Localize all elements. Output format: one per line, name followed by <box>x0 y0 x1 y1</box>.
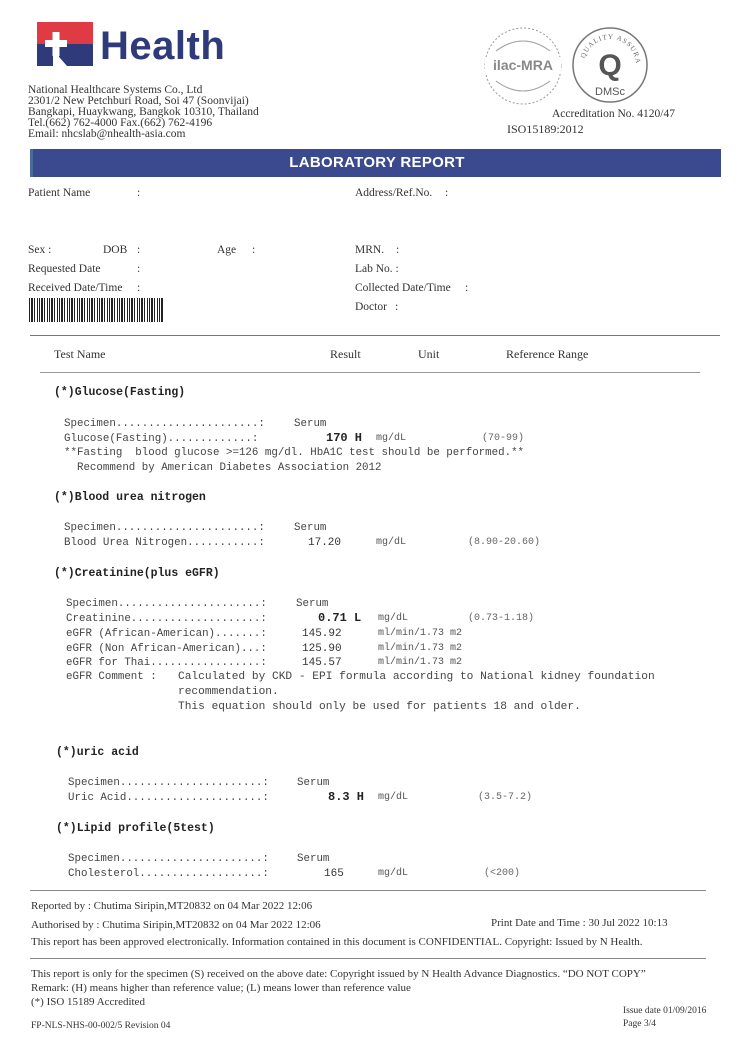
reported-by: Reported by : Chutima Siripin,MT20832 on… <box>31 900 312 912</box>
report-title: LABORATORY REPORT <box>33 154 721 171</box>
collected-datetime-separator: : <box>465 282 468 294</box>
note: **Fasting blood glucose >=126 mg/dl. HbA… <box>64 447 524 459</box>
test-label: Glucose(Fasting).............: <box>64 433 258 445</box>
requested-date-separator: : <box>137 263 140 275</box>
test-label: Creatinine....................: <box>66 613 267 625</box>
address-ref-label: Address/Ref.No. <box>355 187 432 199</box>
test-label: eGFR (Non African-American)...: <box>66 643 267 655</box>
patient-name-label: Patient Name <box>28 187 90 199</box>
svg-text:ilac-MRA: ilac-MRA <box>493 57 553 73</box>
header-unit: Unit <box>418 347 439 362</box>
section-title: (*)Blood urea nitrogen <box>54 491 206 504</box>
result-unit: ml/min/1.73 m2 <box>378 643 462 654</box>
mrn-separator: : <box>396 244 399 256</box>
barcode-icon <box>29 298 163 322</box>
note: Recommend by American Diabetes Associati… <box>64 462 381 474</box>
comment-label: eGFR Comment : <box>66 671 157 683</box>
result-unit: mg/dL <box>378 613 408 624</box>
test-label: eGFR (African-American).......: <box>66 628 267 640</box>
specimen-value: Serum <box>296 598 328 610</box>
address-ref-separator: : <box>445 187 448 199</box>
company-address: National Healthcare Systems Co., Ltd 230… <box>28 85 259 140</box>
doctor-label: Doctor <box>355 301 387 313</box>
specimen-notice: This report is only for the specimen (S)… <box>31 968 646 980</box>
test-label: eGFR for Thai.................: <box>66 657 267 669</box>
result-unit: ml/min/1.73 m2 <box>378 628 462 639</box>
authorised-by: Authorised by : Chutima Siripin,MT20832 … <box>31 919 321 931</box>
specimen-label: Specimen......................: <box>68 777 269 789</box>
specimen-value: Serum <box>297 853 329 865</box>
form-code: FP-NLS-NHS-00-002/5 Revision 04 <box>31 1021 170 1031</box>
iso-standard: ISO15189:2012 <box>507 122 584 137</box>
result-value: 145.57 <box>302 657 342 669</box>
specimen-label: Specimen......................: <box>68 853 269 865</box>
section-title: (*)Creatinine(plus eGFR) <box>54 567 220 580</box>
accreditation-number: Accreditation No. 4120/47 <box>552 108 675 120</box>
n-health-logo-icon <box>37 22 97 66</box>
test-label: Uric Acid.....................: <box>68 792 269 804</box>
result-value: 125.90 <box>302 643 342 655</box>
lab-number-label: Lab No. : <box>355 263 399 275</box>
result-unit: mg/dL <box>378 792 408 803</box>
doctor-separator: : <box>395 301 398 313</box>
svg-text:DMSc: DMSc <box>595 86 625 98</box>
result-value: 170 H <box>326 431 362 445</box>
specimen-value: Serum <box>294 418 326 430</box>
comment-text: recommendation. <box>178 686 279 698</box>
specimen-label: Specimen......................: <box>66 598 267 610</box>
specimen-label: Specimen......................: <box>64 418 265 430</box>
comment-text: Calculated by CKD - EPI formula accordin… <box>178 671 655 683</box>
reference-range: (3.5-7.2) <box>478 792 532 803</box>
dob-label: DOB <box>103 244 127 256</box>
sex-label: Sex : <box>28 244 51 256</box>
specimen-value: Serum <box>297 777 329 789</box>
dmsc-quality-seal-icon: QUALITY ASSURANCE Q DMSc <box>570 25 650 105</box>
dob-separator: : <box>137 244 140 256</box>
result-value: 145.92 <box>302 628 342 640</box>
result-unit: mg/dL <box>378 868 408 879</box>
svg-text:Q: Q <box>598 49 621 82</box>
ilac-mra-seal-icon: ilac-MRA <box>482 25 564 107</box>
address-line: Email: nhcslab@nhealth-asia.com <box>28 129 259 140</box>
report-banner: LABORATORY REPORT <box>30 149 721 177</box>
section-title: (*)Glucose(Fasting) <box>54 386 185 399</box>
header-reference-range: Reference Range <box>506 347 588 362</box>
result-unit: ml/min/1.73 m2 <box>378 657 462 668</box>
specimen-label: Specimen......................: <box>64 522 265 534</box>
reference-range: (8.90-20.60) <box>468 537 540 548</box>
result-unit: mg/dL <box>376 537 406 548</box>
header-result: Result <box>330 347 361 362</box>
result-value: 8.3 H <box>328 790 364 804</box>
result-value: 17.20 <box>308 537 341 549</box>
print-date-time: Print Date and Time : 30 Jul 2022 10:13 <box>491 917 668 929</box>
section-title: (*)Lipid profile(5test) <box>56 822 215 835</box>
result-value: 0.71 L <box>318 611 361 625</box>
requested-date-label: Requested Date <box>28 263 101 275</box>
received-datetime-label: Received Date/Time <box>28 282 122 294</box>
divider <box>30 335 720 336</box>
mrn-label: MRN. <box>355 244 384 256</box>
age-separator: : <box>252 244 255 256</box>
test-label: Blood Urea Nitrogen...........: <box>64 537 265 549</box>
remark: Remark: (H) means higher than reference … <box>31 982 411 994</box>
issue-date: Issue date 01/09/2016 <box>623 1006 706 1016</box>
header-test-name: Test Name <box>54 347 105 362</box>
divider <box>40 372 700 373</box>
divider <box>30 958 706 959</box>
result-value: 165 <box>324 868 344 880</box>
page-number: Page 3/4 <box>623 1019 656 1029</box>
reference-range: (<200) <box>484 868 520 879</box>
test-label: Cholesterol...................: <box>68 868 269 880</box>
confidential-notice: This report has been approved electronic… <box>31 936 642 948</box>
specimen-value: Serum <box>294 522 326 534</box>
collected-datetime-label: Collected Date/Time <box>355 282 451 294</box>
divider <box>30 890 706 891</box>
received-datetime-separator: : <box>137 282 140 294</box>
brand-name: Health <box>100 24 225 68</box>
reference-range: (0.73-1.18) <box>468 613 534 624</box>
reference-range: (70-99) <box>482 433 524 444</box>
age-label: Age <box>217 244 236 256</box>
iso-accredited-note: (*) ISO 15189 Accredited <box>31 996 145 1008</box>
comment-text: This equation should only be used for pa… <box>178 701 581 713</box>
patient-name-separator: : <box>137 187 140 199</box>
section-title: (*)uric acid <box>56 746 139 759</box>
result-unit: mg/dL <box>376 433 406 444</box>
